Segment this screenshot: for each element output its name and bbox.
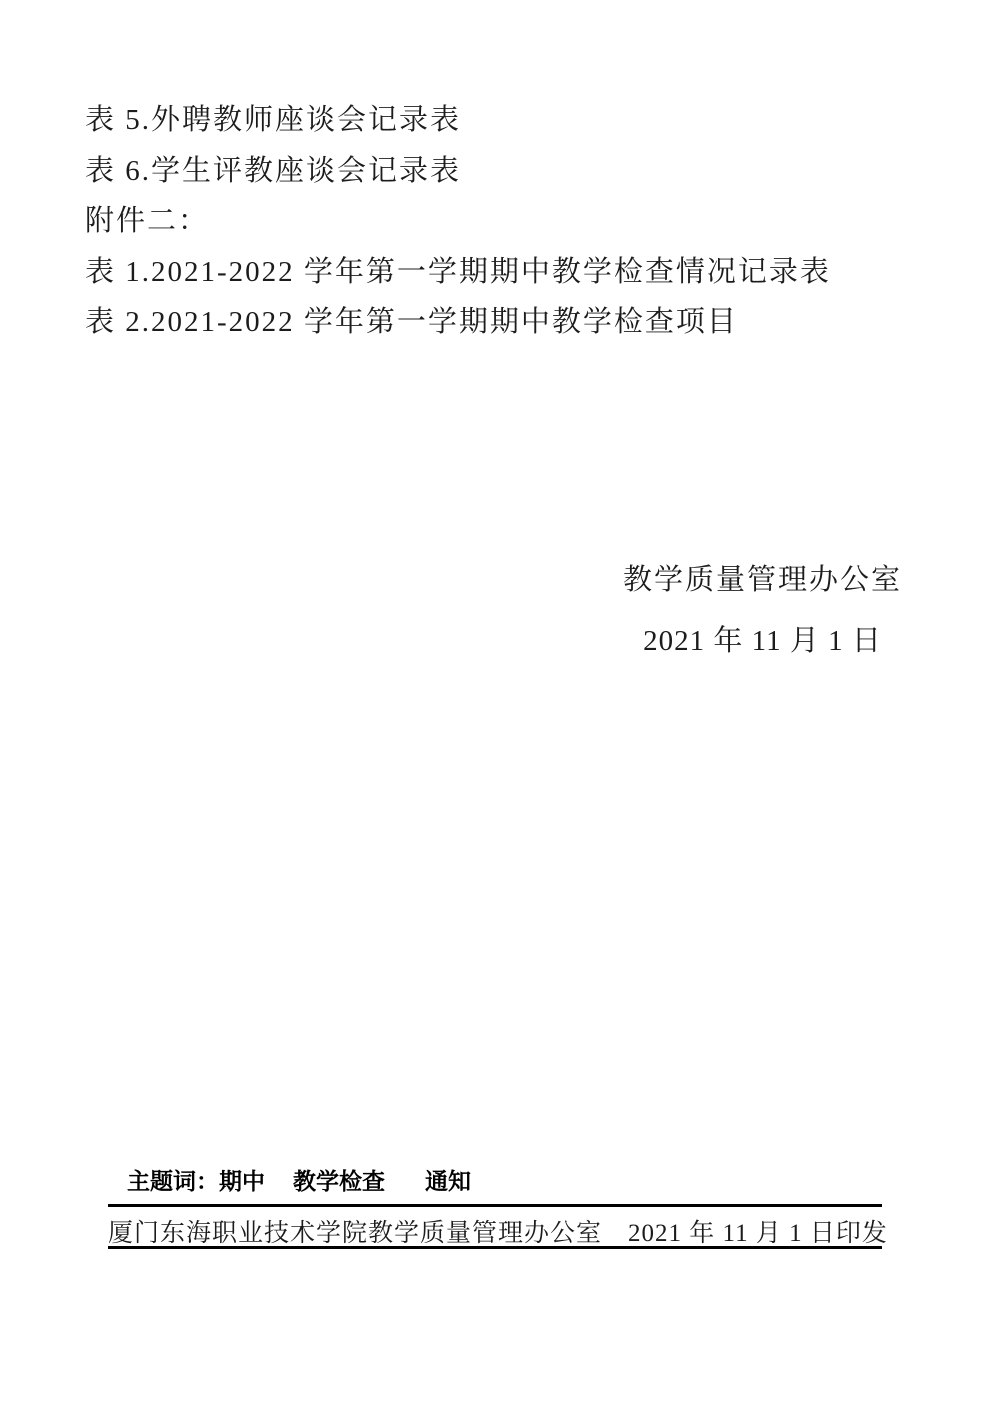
attachment-line: 表 6.学生评教座谈会记录表: [85, 146, 831, 197]
footer-rule-top: [108, 1204, 882, 1207]
document-page: 表 5.外聘教师座谈会记录表 表 6.学生评教座谈会记录表 附件二： 表 1.2…: [0, 0, 992, 1403]
topic-line: 主题词：期中教学检查通知: [127, 1163, 471, 1196]
print-info-line: 厦门东海职业技术学院教学质量管理办公室 2021 年 11 月 1 日印发: [108, 1213, 882, 1249]
attachment-line: 表 5.外聘教师座谈会记录表: [85, 95, 831, 146]
attachment-list: 表 5.外聘教师座谈会记录表 表 6.学生评教座谈会记录表 附件二： 表 1.2…: [85, 95, 831, 348]
topic-word: 教学检查: [293, 1168, 385, 1194]
signature-office: 教学质量管理办公室: [623, 557, 902, 598]
attachment-line: 附件二：: [85, 196, 831, 247]
signature-date: 2021 年 11 月 1 日: [623, 618, 902, 659]
topic-label: 主题词：: [127, 1168, 219, 1194]
attachment-line: 表 2.2021-2022 学年第一学期期中教学检查项目: [85, 297, 831, 348]
topic-word: 通知: [425, 1168, 471, 1194]
signature-block: 教学质量管理办公室 2021 年 11 月 1 日: [623, 557, 902, 659]
topic-word: 期中: [219, 1168, 265, 1194]
footer-rule-bottom: [108, 1246, 882, 1249]
attachment-line: 表 1.2021-2022 学年第一学期期中教学检查情况记录表: [85, 247, 831, 298]
